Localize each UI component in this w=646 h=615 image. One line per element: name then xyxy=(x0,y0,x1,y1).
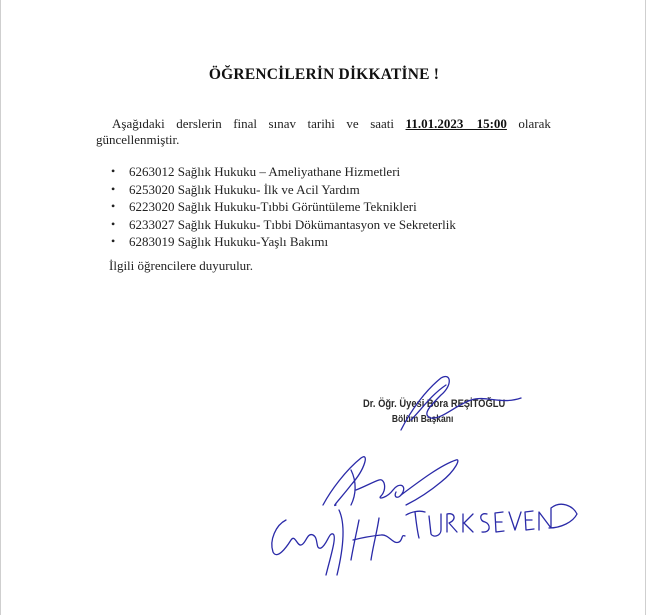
bullet-icon: • xyxy=(111,198,115,216)
course-code: 6233027 xyxy=(129,217,175,232)
course-name: Sağlık Hukuku-Tıbbi Görüntüleme Teknikle… xyxy=(178,199,417,214)
course-name: Sağlık Hukuku- Tıbbi Dökümantasyon ve Se… xyxy=(178,217,456,232)
intro-paragraph: Aşağıdaki derslerin final sınav tarihi v… xyxy=(96,116,551,148)
bullet-icon: • xyxy=(111,163,115,181)
signature-stamp: Dr. Öğr. Üyesi Bora REŞİTOĞLU Bölüm Başk… xyxy=(363,398,505,410)
bullet-icon: • xyxy=(111,233,115,251)
course-name: Sağlık Hukuku-Yaşlı Bakımı xyxy=(178,234,328,249)
handwritten-signature xyxy=(1,0,646,615)
intro-line-1: Aşağıdaki derslerin final sınav tarihi v… xyxy=(96,116,551,132)
intro-word: tarihi xyxy=(307,116,334,132)
notice-text: İlgili öğrencilere duyurulur. xyxy=(109,258,253,274)
bullet-icon: • xyxy=(111,181,115,199)
course-name: Sağlık Hukuku- İlk ve Acil Yardım xyxy=(178,182,360,197)
exam-datetime: 11.01.2023 15:00 xyxy=(406,116,507,132)
course-list: • 6263012 Sağlık Hukuku – Ameliyathane H… xyxy=(111,163,456,251)
intro-word: Aşağıdaki xyxy=(112,116,165,132)
course-code: 6253020 xyxy=(129,182,175,197)
course-code: 6223020 xyxy=(129,199,175,214)
intro-word: ve xyxy=(346,116,358,132)
intro-word: saati xyxy=(370,116,394,132)
list-item: • 6253020 Sağlık Hukuku- İlk ve Acil Yar… xyxy=(111,181,456,199)
course-name: Sağlık Hukuku – Ameliyathane Hizmetleri xyxy=(178,164,400,179)
document-page: ÖĞRENCİLERİN DİKKATİNE ! Aşağıdaki dersl… xyxy=(0,0,646,615)
intro-word: derslerin xyxy=(176,116,221,132)
intro-word: final xyxy=(233,116,257,132)
signatory-name: Dr. Öğr. Üyesi Bora REŞİTOĞLU xyxy=(363,398,505,410)
course-code: 6263012 xyxy=(129,164,175,179)
intro-line-2: güncellenmiştir. xyxy=(96,132,551,148)
bullet-icon: • xyxy=(111,216,115,234)
intro-word: sınav xyxy=(269,116,296,132)
document-title: ÖĞRENCİLERİN DİKKATİNE ! xyxy=(1,66,646,84)
list-item: • 6233027 Sağlık Hukuku- Tıbbi Dökümanta… xyxy=(111,216,456,234)
list-item: • 6283019 Sağlık Hukuku-Yaşlı Bakımı xyxy=(111,233,456,251)
course-code: 6283019 xyxy=(129,234,175,249)
intro-word: olarak xyxy=(518,116,550,132)
list-item: • 6223020 Sağlık Hukuku-Tıbbi Görüntülem… xyxy=(111,198,456,216)
signatory-role: Bölüm Başkanı xyxy=(392,414,453,425)
list-item: • 6263012 Sağlık Hukuku – Ameliyathane H… xyxy=(111,163,456,181)
